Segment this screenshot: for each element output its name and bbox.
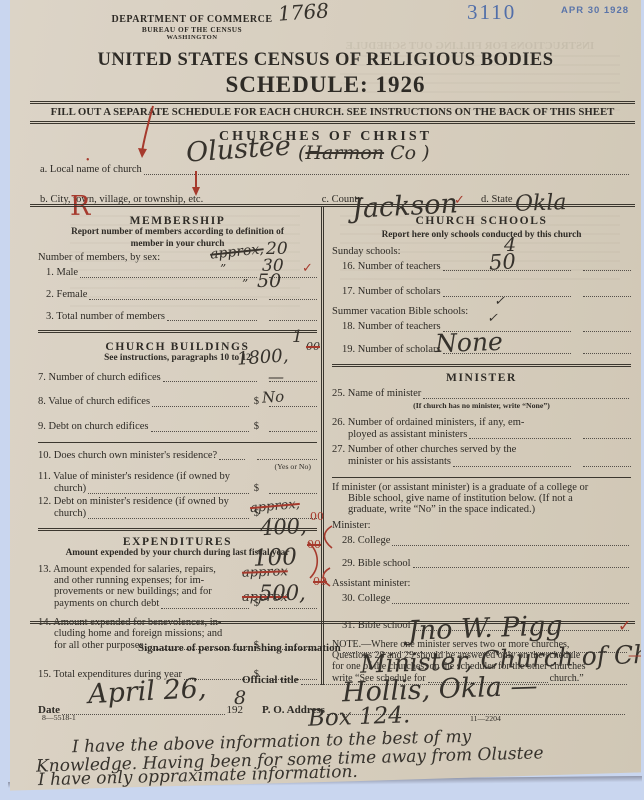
handwritten-box-number: Box 124. [308,704,411,731]
answer-line [583,438,631,439]
banner-rule-box: FILL OUT A SEPARATE SCHEDULE FOR EACH CH… [30,101,635,124]
red-dot-mark: • [86,155,90,166]
dotted-leader [443,296,571,297]
q17-label: 17. Number of scholars [342,285,441,299]
graduate-note-line1: If minister (or assistant minister) is a… [332,482,631,493]
q3-total-row: 3. Total number of members [38,310,317,324]
answer-line [269,493,317,494]
handwritten-po-address: Hollis, Okla — [342,673,538,707]
bureau-location: WASHINGTON [102,34,282,41]
census-form-paper: INSTRUCTIONS FOR FILLING OUT SCHEDULE DE… [10,0,641,793]
dotted-leader [152,406,249,407]
answer-line [583,270,631,271]
ditto-mark: ” [242,278,248,290]
red-squiggle-mark [320,524,336,550]
red-check-icon: ✓ [302,262,313,275]
answer-line [583,296,631,297]
stamp-number: 3110 [467,0,516,25]
q1-label: 1. Male [46,266,78,280]
q25-row: 25. Name of minister [332,387,631,401]
q2-label: 2. Female [46,288,87,302]
dotted-leader [89,299,257,300]
handwritten-county-parenthetical: (Harmon Co ) [298,144,430,163]
dotted-leader [413,567,629,568]
signature-label: Signature of person furnishing informati… [138,641,341,655]
church-schools-subtitle: Report here only schools conducted by th… [332,230,631,242]
q26-label-line1: 26. Number of ordained ministers, if any… [332,417,631,428]
q27-label-line1: 27. Number of other churches served by t… [332,444,631,455]
handwritten-salaries-cents: 00 [310,511,324,522]
dotted-leader [151,431,249,432]
handwritten-scholars-count: 50 [488,251,516,273]
struck-county-name: Harmon [305,142,384,164]
form-schedule-year: SCHEDULE: 1926 [10,72,641,98]
department-name: DEPARTMENT OF COMMERCE [102,14,282,25]
dotted-leader [163,381,257,382]
handwritten-debt-dash: — [268,369,284,385]
handwritten-date: April 26, [87,675,207,708]
section-divider-rule [38,330,317,333]
dotted-leader [88,493,249,494]
dotted-leader [144,174,629,175]
q3-label: 3. Total number of members [46,310,165,324]
check-mark-q19: ✓ [487,312,498,325]
dotted-leader [392,603,629,604]
q11-label-line2: church) [54,482,86,496]
dotted-leader [469,438,571,439]
q14-label-line2: cluding home and foreign missions; and [38,628,317,639]
dotted-leader [392,545,629,546]
membership-subtitle: Report number of members according to de… [38,227,317,239]
official-title-label: Official title [242,673,299,687]
dotted-leader [167,320,257,321]
answer-line [269,608,317,609]
handwritten-benevolence-amount: 100 [253,546,298,571]
form-number: 8—5518-1 [42,713,76,722]
q11-label-line1: 11. Value of minister's residence (if ow… [38,471,317,482]
q9-label: 9. Debt on church edifices [38,420,149,434]
handwritten-total-amount: 500, [259,583,306,604]
red-squiggle-mark [318,566,334,588]
q29-row: 29. Bible school [332,557,631,571]
q17-row: 17. Number of scholars [332,285,631,299]
banner-instruction: FILL OUT A SEPARATE SCHEDULE FOR EACH CH… [30,106,635,118]
q8-label: 8. Value of church edifices [38,395,150,409]
handwritten-salaries-amount: 400, [259,516,307,539]
q26-row: ployed as assistant ministers [332,428,631,442]
q26-label-line2: ployed as assistant ministers [348,428,467,442]
q14-label-line3: for all other purposes [54,639,144,653]
q27-label-line2: minister or his assistants [348,455,451,469]
church-schools-heading: CHURCH SCHOOLS [332,215,631,227]
q7-label: 7. Number of church edifices [38,371,161,385]
q27-row: minister or his assistants [332,455,631,469]
dotted-leader [423,398,629,399]
answer-line [583,466,631,467]
q12-label-line2: church) [54,507,86,521]
q16-row: 16. Number of teachers [332,260,631,274]
q28-row: 28. College [332,534,631,548]
handwritten-signature: Jno W. Pigg [408,612,563,644]
red-dash-mark: — [628,648,643,663]
yes-or-no-note: (Yes or No) [38,462,317,471]
answer-line [269,406,317,407]
handwritten-minister-name: None [435,329,504,356]
dollar-sign: $ [254,482,259,496]
q10-label: 10. Does church own minister's residence… [38,449,217,463]
local-name-row: a. Local name of church [40,163,631,177]
assistant-minister-sublabel: Assistant minister: [332,578,631,589]
dotted-leader [161,608,248,609]
sunday-schools-label: Sunday schools: [332,246,631,257]
answer-line [269,431,317,432]
minister-heading: MINISTER [332,372,631,384]
dollar-sign: $ [254,420,259,434]
answer-line [269,299,317,300]
section-divider-rule [332,364,631,367]
dotted-leader [80,277,257,278]
minister-sublabel: Minister: [332,520,631,531]
local-name-label: a. Local name of church [40,163,142,177]
graduate-note-line2: Bible school, give name of institution b… [332,493,631,504]
q9-row: 9. Debt on church edifices$ [38,420,317,434]
q30-label: 30. College [342,592,390,606]
q13-label-line4: payments on church debt [54,597,159,611]
membership-heading: MEMBERSHIP [38,215,317,227]
dotted-leader [62,714,225,715]
q25-note: (If church has no minister, write “None”… [332,401,631,410]
section-divider-rule [38,442,317,443]
handwritten-edifice-count: 1 [292,329,303,346]
dollar-sign: $ [254,395,259,409]
q28-label: 28. College [342,534,390,548]
red-arrow-icon [128,104,168,162]
bureau-name: BUREAU OF THE CENSUS [102,25,282,34]
handwritten-serial-number: 1768 [277,0,329,24]
dotted-leader [453,466,571,467]
answer-line [583,353,631,354]
q16-label: 16. Number of teachers [342,260,441,274]
handwritten-church-name: Olustee [185,132,291,166]
q29-label: 29. Bible school [342,557,411,571]
q19-label: 19. Number of scholars [342,343,441,357]
form-title: UNITED STATES CENSUS OF RELIGIOUS BODIES [10,50,641,71]
q18-label: 18. Number of teachers [342,320,441,334]
graduate-note-line3: graduate, write “No” in the space indica… [332,504,631,515]
date-received-stamp: APR 30 1928 [561,5,629,16]
agency-block: DEPARTMENT OF COMMERCE BUREAU OF THE CEN… [102,14,282,41]
red-arrow-icon [188,170,204,198]
dotted-leader [88,518,249,519]
q11-row: church)$ [38,482,317,496]
paren-rest: Co ) [384,142,429,164]
q30-row: 30. College [332,592,631,606]
po-form-number: 11—2204 [470,714,501,723]
answer-line [269,320,317,321]
answer-line [257,459,317,460]
summer-schools-label: Summer vacation Bible schools: [332,306,631,317]
handwritten-year-digit: 8 [234,689,246,708]
q25-label: 25. Name of minister [332,387,421,401]
handwritten-edifice-value-cents: 00 [306,341,320,352]
check-mark-q18: ✓ [494,295,505,308]
answer-line [583,331,631,332]
red-check-icon: ✓ [618,618,631,634]
handwritten-residence-answer: No [262,389,285,405]
handwritten-edifice-value: 1800, [236,347,289,369]
handwritten-total-count: 50 [257,272,281,291]
q10-row: 10. Does church own minister's residence… [38,449,317,463]
dotted-leader [219,459,245,460]
section-divider-rule [332,477,631,478]
scanned-census-form-page: { "page": { "serial_handwritten": "1768"… [0,0,644,800]
ditto-mark: ” [220,263,226,275]
